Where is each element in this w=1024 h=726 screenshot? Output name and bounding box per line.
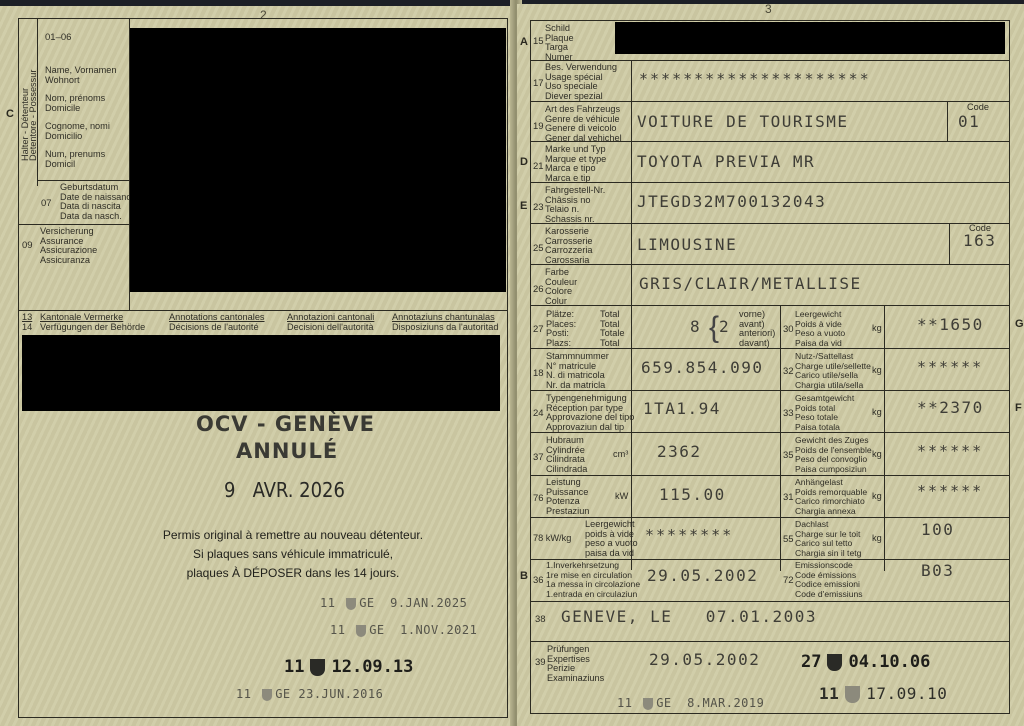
divider [530, 223, 1010, 224]
body-code-value: 163 [963, 231, 996, 250]
displacement-value: 2362 [657, 442, 702, 461]
empty-weight-code: 30 [783, 324, 794, 335]
divider [530, 101, 1010, 102]
matricule-value: 659.854.090 [641, 358, 763, 377]
side-letter-d: D [520, 156, 528, 168]
special-use-code: 17 [533, 78, 544, 89]
redacted-plate [615, 22, 1005, 54]
type-approval-labels: TypengenehmigungRéception par typeApprov… [546, 394, 634, 432]
holder-section-code: 01–06 [45, 32, 71, 43]
stamp-ocv-geneve: OCV - GENÈVE [196, 412, 375, 436]
first-registration-labels: 1.Inverkehrsetzung1re mise en circulatio… [546, 561, 640, 599]
annotations-de: Kantonale VermerkeVerfügungen der Behörd… [40, 313, 145, 332]
issue-code: 38 [535, 614, 546, 625]
matricule-labels: StammnummerN° matriculeN. di matricolaNr… [546, 352, 609, 390]
payload-labels: Nutz-/SattellastCharge utile/selletteCar… [795, 352, 871, 390]
chassis-labels: Fahrgestell-Nr.Châssis noTelaio n.Schass… [545, 186, 605, 224]
train-weight-value: ****** [917, 442, 983, 460]
side-letter-g: G [1015, 318, 1024, 330]
crest-icon [643, 698, 653, 710]
stamp-2021: 11 GE 1.NOV.2021 [330, 623, 477, 637]
displacement-code: 37 [533, 452, 544, 463]
divider [530, 390, 1010, 391]
matricule-code: 18 [533, 368, 544, 379]
birthdate-labels: GeburtsdatumDate de naissanceData di nas… [60, 183, 136, 221]
side-letter-b: B [520, 570, 528, 582]
special-use-labels: Bes. VerwendungUsage spécialUso speciale… [545, 63, 617, 101]
issue-value: GENEVE, LE 07.01.2003 [561, 607, 817, 626]
right-page: 3 A D E B G F 15 SchildPlaqueTargaNumer … [517, 4, 1024, 726]
train-weight-unit: kg [872, 450, 882, 460]
body-labels: KarosserieCarrosserieCarrozzeriaCarossar… [545, 227, 592, 265]
vehicle-type-code-value: 01 [958, 112, 980, 131]
stamp-note: Permis original à remettre au nouveau dé… [148, 526, 438, 583]
make-model-code: 21 [533, 161, 544, 172]
first-registration-value: 29.05.2002 [647, 566, 758, 585]
stamp-2025: 11 GE 9.JAN.2025 [320, 596, 467, 610]
stamp-annule: ANNULÉ [236, 439, 338, 463]
empty-weight-labels: LeergewichtPoids à videPeso a vuotoPaisa… [795, 310, 845, 348]
divider [631, 60, 632, 570]
trailer-load-value: ****** [917, 482, 983, 500]
crest-icon [262, 689, 272, 701]
color-value: GRIS/CLAIR/METALLISE [639, 274, 862, 293]
first-registration-code: 36 [533, 575, 544, 586]
chassis-value: JTEGD32M700132043 [637, 192, 826, 211]
vehicle-type-code: 19 [533, 121, 544, 132]
divider [530, 305, 1010, 306]
plate-labels: SchildPlaqueTargaNumer [545, 24, 574, 62]
power-weight-value: ******** [645, 526, 733, 544]
seats-front-labels: vorne)avant)anteriori)davant) [739, 310, 775, 348]
divider [37, 180, 129, 181]
emission-labels: EmissionscodeCode émissionsCodice emissi… [795, 561, 863, 599]
annotations-rm: Annotaziuns chantunalasDisposiziuns da l… [392, 313, 498, 332]
power-value: 115.00 [659, 485, 726, 504]
total-weight-value: **2370 [917, 398, 984, 417]
divider [18, 224, 130, 225]
vehicle-type-labels: Art des FahrzeugsGenre de véhiculeGenere… [545, 105, 622, 143]
crest-icon [346, 598, 356, 610]
trailer-load-labels: AnhängelastPoids remorquableCarico rimor… [795, 478, 867, 516]
plate-code: 15 [533, 36, 544, 47]
stamp-2013: 1112.09.13 [284, 657, 413, 677]
displacement-unit: cm³ [613, 450, 628, 460]
inspections-code: 39 [535, 657, 546, 668]
power-weight-labels: Leergewichtpoids à videpeso a vuotopaisa… [585, 520, 638, 558]
holder-label-fr: Nom, prénomsDomicile [45, 94, 105, 113]
emission-value: B03 [921, 561, 954, 580]
roof-load-labels: DachlastCharge sur le toitCarico sul tet… [795, 520, 861, 558]
stamp-cancel-date: 9 AVR. 2026 [224, 478, 345, 502]
make-model-value: TOYOTA PREVIA MR [637, 152, 815, 171]
side-letter-f: F [1015, 402, 1022, 414]
power-weight-code: 78 kW/kg [533, 534, 571, 544]
seats-total-value: 8 [690, 317, 701, 336]
trailer-load-code: 31 [783, 492, 794, 503]
trailer-load-unit: kg [872, 492, 882, 502]
annotations-fr: Annotations cantonalesDécisions de l'aut… [169, 313, 265, 332]
make-model-labels: Marke und TypMarque et typeMarca e tipoM… [545, 145, 606, 183]
insurance-labels: VersicherungAssuranceAssicurazioneAssicu… [40, 227, 97, 265]
total-weight-unit: kg [872, 408, 882, 418]
displacement-labels: HubraumCylindréeCilindrataCilindrada [546, 436, 587, 474]
payload-code: 32 [783, 366, 794, 377]
special-use-value: ********************* [639, 70, 871, 88]
side-letter-e: E [520, 200, 527, 212]
payload-value: ****** [917, 358, 983, 376]
divider [530, 432, 1010, 433]
payload-unit: kg [872, 366, 882, 376]
divider [780, 305, 781, 571]
type-approval-code: 24 [533, 408, 544, 419]
crest-icon [310, 659, 325, 676]
redacted-holder-info [130, 28, 506, 292]
side-letter-a: A [520, 36, 528, 48]
divider [18, 310, 508, 311]
inspection-stamp-2006: 2704.10.06 [801, 652, 930, 672]
divider [530, 641, 1010, 642]
total-weight-labels: GesamtgewichtPoids totalPeso totalePaisa… [795, 394, 854, 432]
divider [530, 601, 1010, 602]
divider [884, 305, 885, 571]
roof-load-unit: kg [872, 534, 882, 544]
power-unit: kW [615, 492, 628, 502]
chassis-code: 23 [533, 202, 544, 213]
holder-label-de: Name, VornamenWohnort [45, 66, 117, 85]
train-weight-code: 35 [783, 450, 794, 461]
vehicle-type-value: VOITURE DE TOURISME [637, 112, 849, 131]
seats-labels: Plätze:Places:Posti:Plazs: [546, 310, 576, 348]
inspection-stamp-2010: 1117.09.10 [819, 684, 947, 703]
side-letter-c: C [6, 108, 14, 120]
divider [947, 101, 948, 141]
power-labels: LeistungPuissancePotenzaPrestaziun [546, 478, 589, 516]
roof-load-value: 100 [921, 520, 954, 539]
annotations-codes: 1314 [22, 313, 32, 332]
page-number: 3 [765, 2, 772, 16]
empty-weight-unit: kg [872, 324, 882, 334]
seats-code: 27 [533, 324, 544, 335]
type-approval-value: 1TA1.94 [643, 399, 721, 418]
divider [530, 264, 1010, 265]
divider [949, 223, 950, 264]
divider [530, 517, 1010, 518]
emission-code: 72 [783, 575, 794, 586]
divider [530, 348, 1010, 349]
crest-icon [827, 654, 842, 671]
stamp-2016: 11 GE 23.JUN.2016 [236, 687, 383, 701]
inspections-value: 29.05.2002 [649, 650, 760, 669]
brace-icon: { [709, 310, 719, 346]
divider [530, 475, 1010, 476]
birthdate-code: 07 [41, 198, 52, 209]
empty-weight-value: **1650 [917, 315, 984, 334]
redacted-annotations [22, 335, 500, 411]
divider [530, 141, 1010, 142]
crest-icon [356, 625, 366, 637]
crest-icon [845, 686, 860, 703]
inspections-labels: PrüfungenExpertisesPerizieExaminaziuns [547, 645, 604, 683]
total-weight-code: 33 [783, 408, 794, 419]
color-code: 26 [533, 284, 544, 295]
holder-label-it: Cognome, nomiDomicilio [45, 122, 110, 141]
annotations-it: Annotazioni cantonaliDecisioni dell'auto… [287, 313, 374, 332]
divider [530, 60, 1010, 61]
roof-load-code: 55 [783, 534, 794, 545]
color-labels: FarbeCouleurColoreColur [545, 268, 577, 306]
seats-front-value: 2 [719, 317, 730, 336]
body-value: LIMOUSINE [637, 235, 737, 254]
left-page: 2 C Halter - Détenteur Detentore - Posse… [0, 6, 515, 726]
seats-total-labels: TotalTotalTotaleTotal [600, 310, 625, 348]
holder-vertical-label-2: Detentore - Possessur [28, 70, 38, 161]
power-code: 76 [533, 493, 544, 504]
inspection-stamp-2019: 11 GE 8.MAR.2019 [617, 696, 764, 710]
body-code: 25 [533, 243, 544, 254]
holder-label-rm: Num, prenumsDomicil [45, 150, 105, 169]
divider [530, 182, 1010, 183]
train-weight-labels: Gewicht des ZugesPoids de l'ensemblePeso… [795, 436, 872, 474]
insurance-code: 09 [22, 240, 33, 251]
